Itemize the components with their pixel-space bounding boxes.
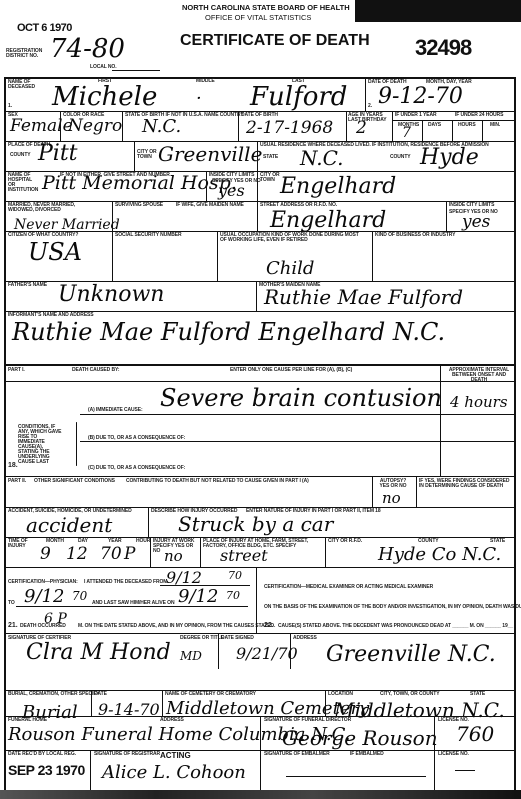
divider [452, 120, 453, 141]
father-value: Unknown [58, 284, 164, 306]
divider [112, 201, 113, 231]
label-conditions: CONDITIONS, IF ANY, WHICH GAVE RISE TO I… [18, 425, 64, 465]
label-res-city: CITY OR TOWN [260, 173, 282, 183]
label-embalmer: SIGNATURE OF EMBALMER [264, 752, 330, 757]
interval-value: 4 hours [450, 395, 508, 410]
sex-value: Female [10, 118, 73, 135]
date-of-death-value: 9-12-70 [378, 86, 463, 108]
license-no-value: 760 [456, 724, 494, 744]
divider [434, 716, 435, 790]
label-immediate-cause: (a) IMMEDIATE CAUSE: [88, 408, 143, 413]
label-funeral-address: ADDRESS [160, 718, 184, 723]
cemetery-location-value: Middletown N.C. [334, 700, 505, 720]
date-recd-stamp: SEP 23 1970 [8, 762, 85, 778]
label-if-embalmed: IF EMBALMED [350, 752, 384, 757]
item-1: 1. [8, 103, 12, 109]
street-address-value: Engelhard [270, 210, 386, 232]
label-on-date: M. ON THE DATE STATED ABOVE, AND IN MY O… [78, 624, 275, 629]
label-county: COUNTY [10, 153, 31, 158]
label-registrar: SIGNATURE OF REGISTRAR [94, 752, 160, 757]
brace [76, 422, 77, 466]
item-18: 18. [8, 462, 18, 469]
label-surviving-spouse: SURVIVING SPOUSE [115, 203, 163, 208]
label-min: MIN. [490, 123, 500, 128]
label-attended-from: I ATTENDED THE DECEASED FROM [84, 580, 167, 585]
divider [393, 120, 514, 121]
office-name: OFFICE OF VITAL STATISTICS [205, 13, 311, 22]
first-name-value: Michele [52, 84, 157, 110]
divider [60, 111, 61, 141]
how-injury-value: Struck by a car [178, 514, 333, 534]
line [16, 606, 248, 607]
label-city-or-rfd: CITY OR R.F.D. [328, 539, 362, 544]
label-enter-one-cause: ENTER ONLY ONE CAUSE PER LINE FOR (a), (… [230, 368, 352, 373]
res-county-value: Hyde [420, 147, 479, 169]
divider [90, 750, 91, 790]
item-2: 2. [368, 103, 372, 109]
label-disposition: BURIAL, CREMATION, OTHER SPECIFY [8, 692, 99, 697]
res-inside-city-value: yes [462, 214, 490, 231]
label-res-county: COUNTY [390, 155, 411, 160]
informant-value: Ruthie Mae Fulford Engelhard N.C. [12, 320, 445, 344]
acting-stamp: ACTING [160, 751, 191, 760]
divider [217, 231, 218, 281]
injury-county-state-value: Hyde Co N.C. [378, 546, 501, 564]
label-to: TO [8, 601, 15, 606]
line-a [80, 414, 515, 415]
divider [372, 231, 373, 281]
attended-to-year: 70 [72, 590, 87, 602]
death-hour-value: 6 P [44, 612, 67, 626]
divider [91, 690, 92, 716]
divider [200, 537, 201, 567]
marital-value: Never Married [14, 218, 120, 232]
res-city-value: Engelhard [280, 176, 396, 198]
label-hours: HOURS [458, 123, 476, 128]
page-title: CERTIFICATE OF DEATH [180, 32, 370, 50]
label-embalmer-license-no: LICENSE NO. [438, 752, 469, 757]
label-me-pronounced: CAUSE(S) STATED ABOVE. THE DECEDENT WAS … [278, 624, 513, 629]
embalmer-license-line [455, 770, 475, 771]
label-death-caused-by: DEATH CAUSED BY: [72, 368, 119, 373]
injury-month-value: 9 [40, 546, 51, 563]
label-cert-physician: CERTIFICATION—PHYSICIAN: [8, 580, 78, 585]
last-name-value: Fulford [250, 84, 347, 110]
middle-name-value: · [196, 90, 202, 108]
months-value: 7 [402, 126, 411, 140]
divider [5, 381, 515, 382]
divider [365, 78, 366, 111]
embalmer-line [286, 776, 426, 777]
date-of-birth-value: 2-17-1968 [246, 120, 333, 137]
board-name: NORTH CAROLINA STATE BOARD OF HEALTH [182, 3, 350, 12]
label-certifier-address: ADDRESS [293, 636, 317, 641]
label-occupation: USUAL OCCUPATION KIND OF WORK DONE DURIN… [220, 233, 360, 243]
divider [150, 537, 151, 567]
divider [257, 201, 258, 231]
hospital-value: Pitt Memorial Hosp. [42, 174, 237, 193]
label-due-to-c: (c) DUE TO, OR AS A CONSEQUENCE OF: [88, 466, 185, 471]
scan-edge-dark [355, 0, 521, 22]
death-certificate: NORTH CAROLINA STATE BOARD OF HEALTH OFF… [0, 0, 521, 799]
divider [112, 231, 113, 281]
label-time-of-injury: TIME OF INJURY [8, 539, 30, 549]
label-funeral-director: SIGNATURE OF FUNERAL DIRECTOR [264, 718, 351, 723]
label-city-or-town: CITY OR TOWN [137, 150, 159, 160]
label-middle: MIDDLE [196, 79, 215, 84]
divider [134, 141, 135, 171]
frame-left [4, 77, 6, 792]
certifier-address-value: Greenville N.C. [326, 644, 496, 666]
autopsy-value: no [382, 491, 401, 506]
occupation-value: Child [266, 260, 314, 278]
race-value: Negro [68, 118, 122, 135]
label-date-signed: DATE SIGNED [221, 636, 254, 641]
label-cemetery: NAME OF CEMETERY OR CREMATORY [165, 692, 256, 697]
label-me-basis: ON THE BASIS OF THE EXAMINATION OF THE B… [264, 605, 521, 610]
manner-value: accident [26, 515, 112, 535]
label-father: FATHER'S NAME [8, 283, 47, 288]
scan-edge-bottom [0, 790, 521, 799]
label-hour: HOUR [136, 539, 150, 544]
label-part1: PART I. [8, 368, 25, 373]
res-state-value: N.C. [300, 148, 344, 168]
attended-from-value: 9/12 [166, 570, 202, 586]
injury-day-value: 12 [66, 546, 88, 563]
divider [260, 716, 261, 790]
certificate-number: 32498 [415, 35, 471, 61]
injury-hour-value: P [124, 546, 135, 563]
mother-value: Ruthie Mae Fulford [264, 287, 463, 307]
divider [325, 690, 326, 716]
frame-right [514, 77, 516, 792]
injury-at-work-value: no [164, 549, 183, 564]
label-part2: PART II. [8, 479, 26, 484]
local-no-line [112, 70, 160, 71]
label-hospital: NAME OF HOSPITAL OR INSTITUTION [8, 173, 38, 193]
age-value: 2 [356, 120, 367, 137]
label-other-conditions: OTHER SIGNIFICANT CONDITIONS [34, 479, 115, 484]
label-under-1-year: IF UNDER 1 YEAR [395, 113, 436, 118]
divider [446, 201, 447, 231]
divider [392, 111, 393, 141]
divider [256, 281, 257, 311]
place-county-value: Pitt [38, 143, 78, 165]
registration-district-label: REGISTRATION DISTRICT NO. [6, 49, 44, 59]
item-22: 22. [264, 622, 274, 629]
divider [5, 364, 515, 366]
label-ssn: SOCIAL SECURITY NUMBER [115, 233, 182, 238]
label-business: KIND OF BUSINESS OR INDUSTRY [375, 233, 455, 238]
divider [256, 567, 257, 633]
citizen-value: USA [28, 240, 82, 264]
last-saw-value: 9/12 [178, 588, 218, 606]
label-res-inside-city: INSIDE CITY LIMITS [449, 203, 494, 208]
divider [238, 111, 239, 141]
divider [162, 690, 163, 716]
divider [290, 633, 291, 669]
attended-from-year: 70 [228, 570, 242, 581]
divider [122, 111, 123, 141]
received-stamp: OCT 6 1970 [17, 22, 72, 34]
place-city-value: Greenville [158, 144, 262, 164]
hospital-inside-city-value: yes [218, 183, 245, 199]
divider [346, 111, 347, 141]
label-burial-date: DATE [94, 692, 107, 697]
label-marital: MARRIED, NEVER MARRIED, WIDOWED, DIVORCE… [8, 203, 88, 213]
divider [372, 477, 373, 507]
state-of-birth-value: N.C. [142, 118, 181, 136]
divider [416, 477, 417, 507]
label-res-state: STATE [263, 155, 278, 160]
item-21: 21. [8, 622, 18, 629]
injury-year-value: 70 [100, 546, 122, 563]
label-name-of-deceased: NAME OF DECEASED [8, 80, 38, 90]
label-location-state: STATE [470, 692, 485, 697]
divider [148, 507, 149, 537]
label-location-hint: CITY, TOWN, OR COUNTY [380, 692, 439, 697]
attended-to-value: 9/12 [24, 588, 64, 606]
divider [422, 120, 423, 141]
registration-district-number: 74-80 [50, 36, 125, 62]
label-spouse-hint: IF WIFE, GIVE MAIDEN NAME [176, 203, 244, 208]
date-signed-value: 9/21/70 [236, 646, 298, 662]
label-days: DAYS [428, 123, 441, 128]
divider [482, 120, 483, 141]
divider [325, 537, 326, 567]
label-age: AGE IN YEARS LAST BIRTHDAY [348, 113, 392, 123]
label-location: LOCATION [328, 692, 353, 697]
divider [206, 171, 207, 201]
label-date-recd: DATE REC'D BY LOCAL REG. [8, 752, 76, 757]
place-of-injury-value: street [220, 548, 268, 564]
label-findings: IF YES, WERE FINDINGS CONSIDERED IN DETE… [419, 479, 513, 489]
degree-value: MD [180, 650, 202, 662]
divider [218, 633, 219, 669]
label-autopsy: AUTOPSY? YES OR NO [378, 479, 408, 489]
funeral-director-signature: George Rouson [282, 728, 438, 748]
label-under-24-hours: IF UNDER 24 HOURS [455, 113, 503, 118]
divider [5, 567, 515, 568]
immediate-cause-value: Severe brain contusion [160, 386, 442, 410]
last-saw-year: 70 [226, 590, 240, 601]
divider [5, 633, 515, 634]
label-funeral-home: FUNERAL HOME [8, 718, 47, 723]
certifier-signature: Clra M Hond [26, 642, 171, 664]
line-b [80, 441, 515, 442]
label-cert-me: CERTIFICATION—MEDICAL EXAMINER OR ACTING… [264, 585, 433, 590]
label-other-hint: CONTRIBUTING TO DEATH BUT NOT RELATED TO… [126, 479, 309, 484]
registrar-signature: Alice L. Cohoon [102, 764, 246, 782]
divider [5, 476, 515, 477]
